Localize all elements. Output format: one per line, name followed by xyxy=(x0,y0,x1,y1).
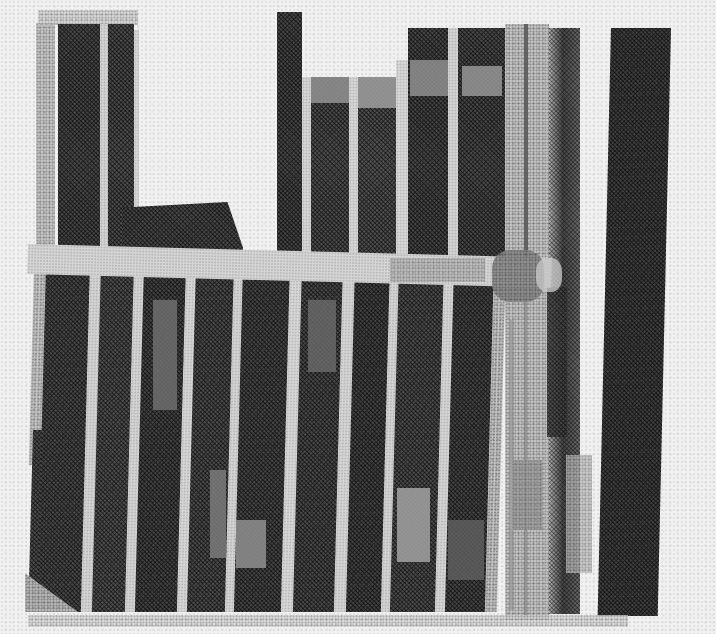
slat-upper-left-a xyxy=(58,24,100,264)
halftone-grate-photograph xyxy=(0,0,716,634)
slit-upper-d xyxy=(349,77,358,262)
reflection-patch-4 xyxy=(397,488,430,562)
slit-upper-e xyxy=(396,60,408,262)
pole-seam-lower xyxy=(524,300,527,618)
slat-upper-d xyxy=(311,77,349,262)
slit-upper-left xyxy=(100,24,108,264)
slat-upper-g-patch xyxy=(462,66,502,96)
reflection-patch-6 xyxy=(448,520,484,580)
top-smudge xyxy=(38,10,138,25)
reflection-patch-5 xyxy=(308,300,336,372)
pole-blob xyxy=(512,460,542,530)
bottom-speckle-strip xyxy=(28,615,628,627)
pole-seam-upper xyxy=(524,24,528,264)
reflection-patch-2 xyxy=(236,520,266,568)
gradient-slat-dark-lower xyxy=(547,287,567,437)
slat-upper-g xyxy=(458,28,505,262)
gap-smudge xyxy=(566,455,592,573)
slit-upper-f xyxy=(448,28,458,262)
wide-right-bar xyxy=(598,28,671,616)
speckle-column-upper xyxy=(36,23,55,265)
slat-upper-f-patch xyxy=(410,60,448,96)
slat-upper-c xyxy=(277,12,302,262)
pole-joint-highlight xyxy=(536,258,562,292)
slat-upper-d-top xyxy=(311,77,349,103)
crossbar-smudge xyxy=(390,258,485,282)
reflection-patch-1 xyxy=(153,300,177,410)
slat-upper-e-top xyxy=(358,77,396,108)
reflection-patch-3 xyxy=(210,470,226,558)
slit-upper-c xyxy=(302,77,311,262)
